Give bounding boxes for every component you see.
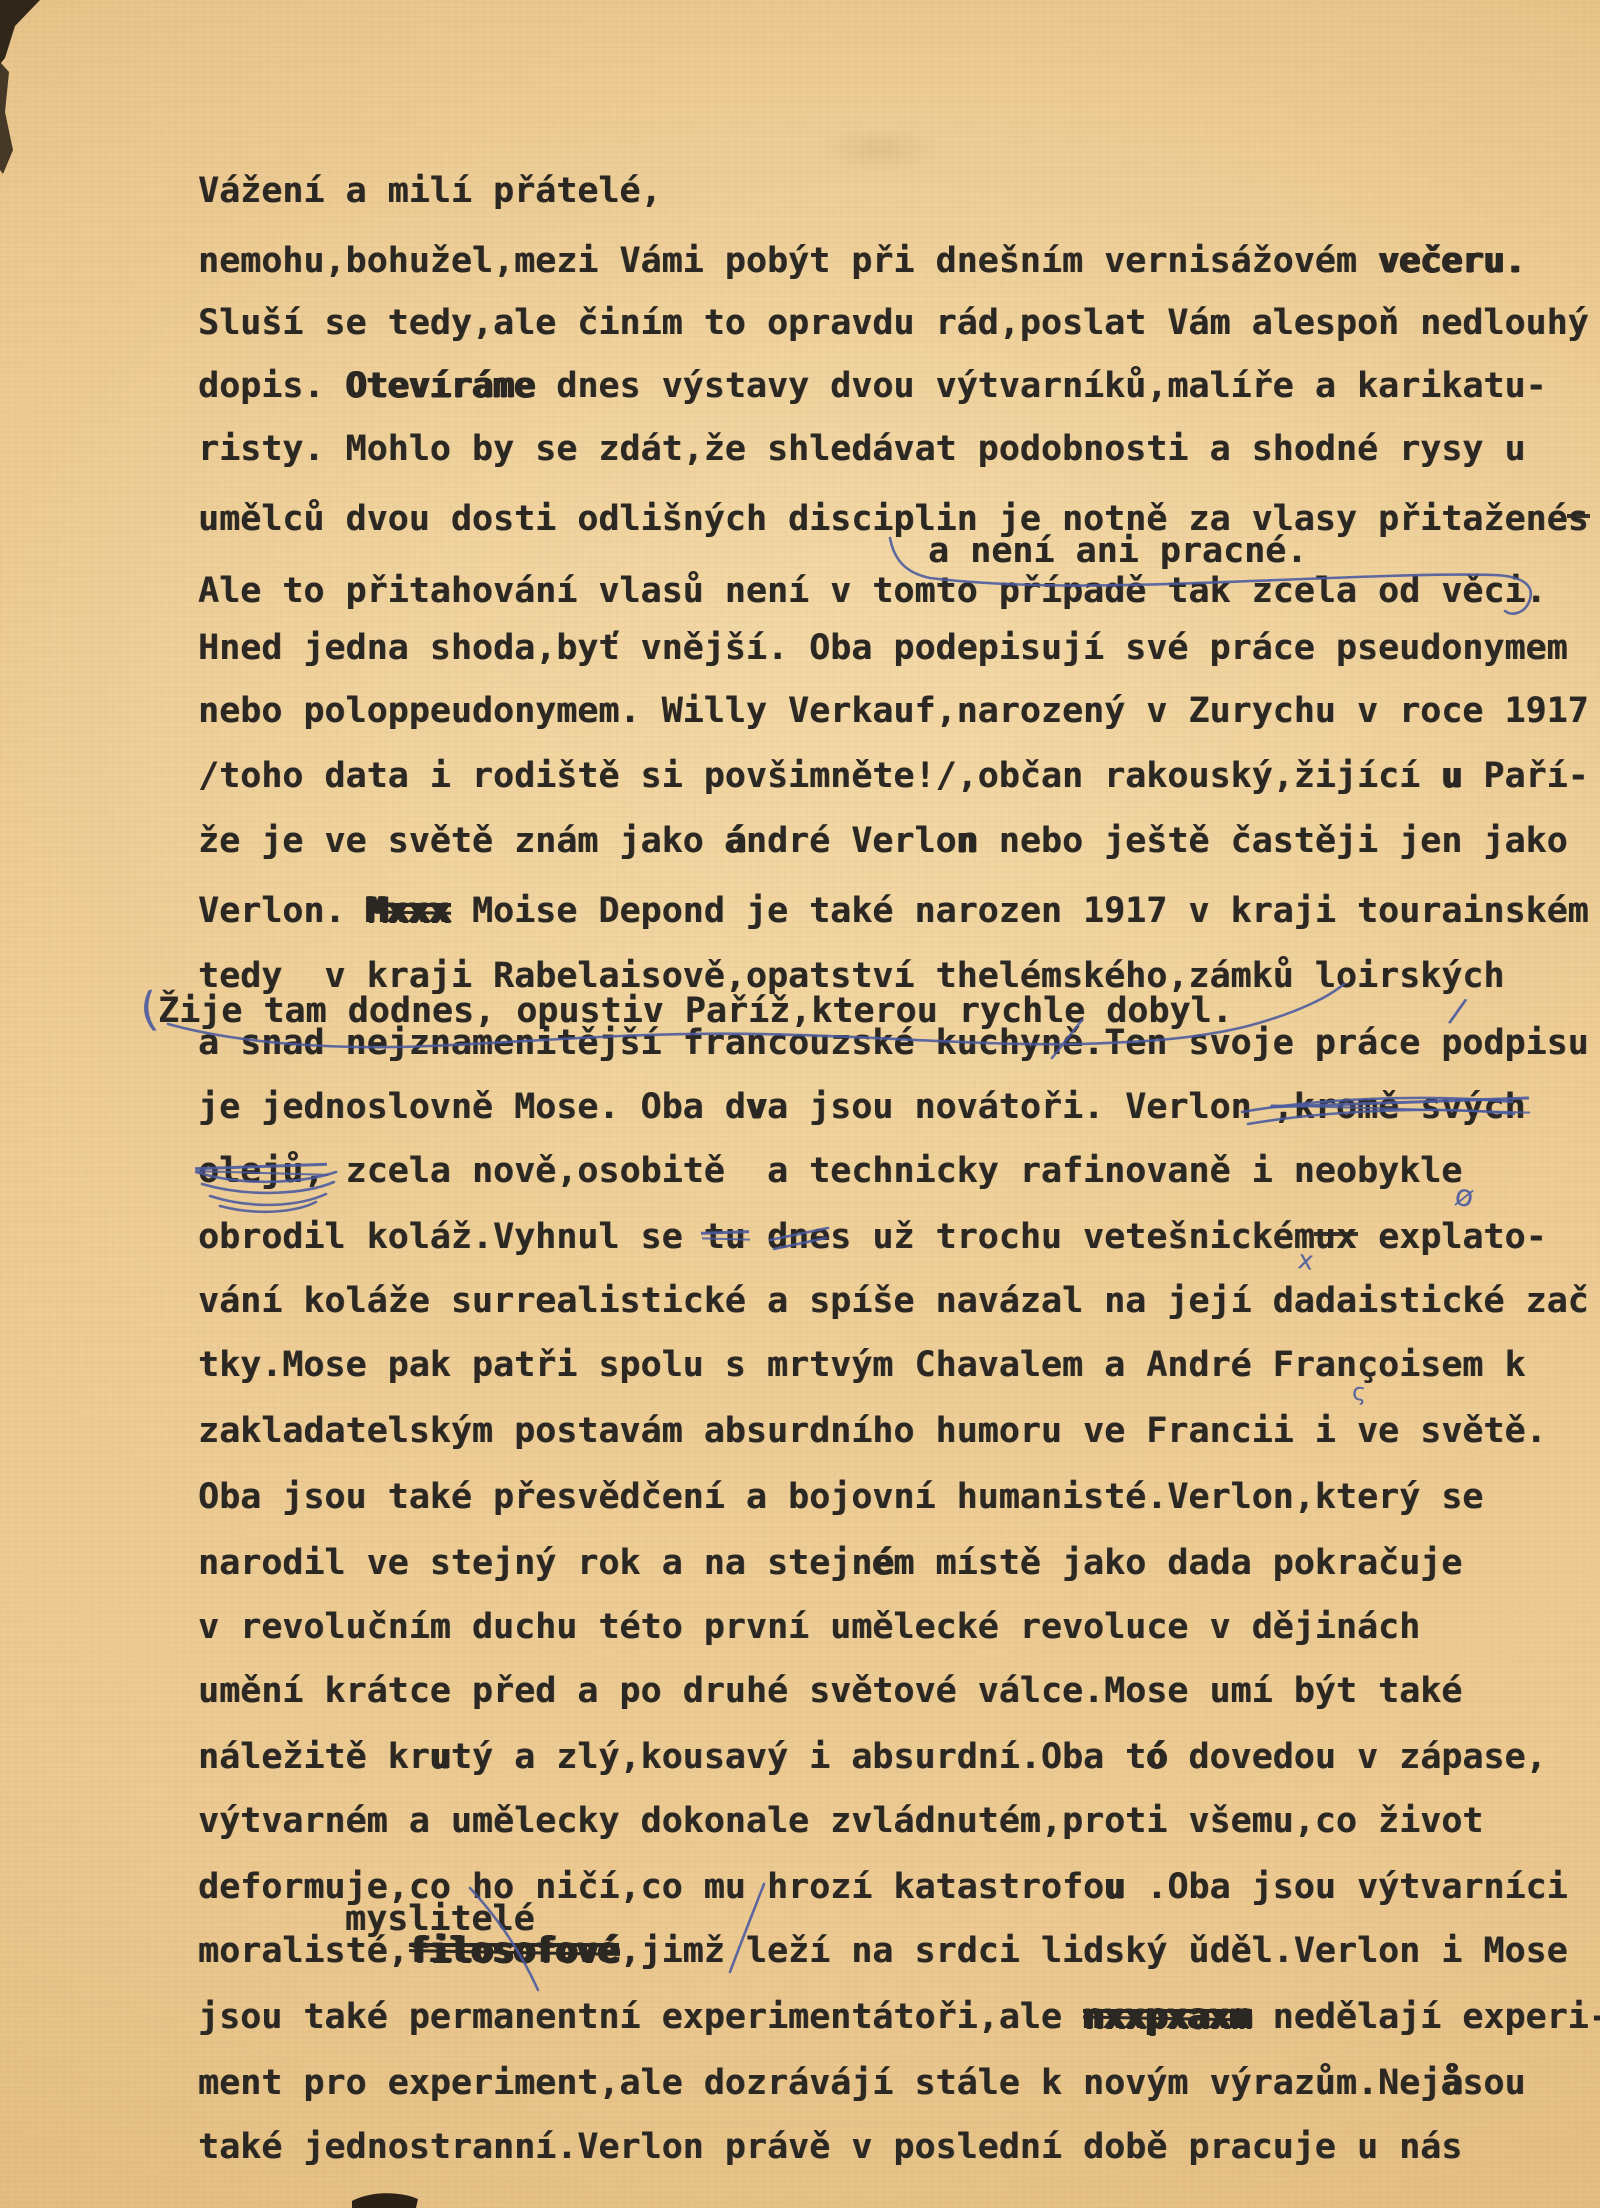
text-line: Oba jsou také přesvědčení a bojovní huma…: [198, 1480, 1483, 1515]
text-line: ment pro experiment,ale dozrávájí stále …: [198, 2066, 1526, 2101]
text-line: Sluší se tedy,ale činím to opravdu rád,p…: [198, 306, 1589, 341]
text-line: nebo poloppeudonymem. Willy Verkauf,naro…: [198, 694, 1589, 729]
text-line: tky.Mose pak patři spolu s mrtvým Chaval…: [198, 1348, 1526, 1383]
text-line: také jednostranní.Verlon právě v posledn…: [198, 2130, 1462, 2165]
text-line: výtvarném a umělecky dokonale zvládnutém…: [198, 1804, 1483, 1839]
handwritten-mark: x: [1296, 1247, 1315, 1275]
scan-edge-bottom-blob: [352, 2193, 418, 2208]
text-line: dopis. Otevíráme dnes výstavy dvou výtva…: [198, 369, 1547, 404]
text-line: olejů, zcela nově,osobitě a technicky ra…: [198, 1154, 1462, 1189]
text-line: umělců dvou dosti odlišných disciplin je…: [198, 502, 1589, 537]
text-line: náležitě krutý a zlý,kousavý i absurdní.…: [198, 1740, 1547, 1775]
text-line: tedy v kraji Rabelaisově,opatství thelém…: [198, 959, 1504, 994]
scan-edge-left-strip: [0, 62, 13, 174]
text-line: risty. Mohlo by se zdát,že shledávat pod…: [198, 432, 1526, 467]
text-line: v revolučním duchu této první umělecké r…: [198, 1610, 1420, 1645]
handwritten-mark: ς: [1352, 1380, 1366, 1404]
text-line: moralisté,filosofové,jimž leží na srdci …: [198, 1934, 1568, 1969]
text-line: je jednoslovně Mose. Oba dva jsou nováto…: [198, 1090, 1526, 1125]
text-line: Hned jedna shoda,byť vnější. Oba podepis…: [198, 631, 1568, 666]
text-line: /toho data i rodiště si povšimněte!/,obč…: [198, 759, 1589, 794]
text-line: Verlon. Mxxx Moise Depond je také naroze…: [198, 894, 1589, 929]
text-line: jsou také permanentní experimentátoři,al…: [198, 2000, 1600, 2035]
text-line: nemohu,bohužel,mezi Vámi pobýt při dnešn…: [198, 244, 1526, 279]
text-line: narodil ve stejný rok a na stejném místě…: [198, 1546, 1462, 1581]
text-line: Ale to přitahování vlasů není v tomto př…: [198, 574, 1547, 609]
scan-edge-top-left: [0, 0, 40, 64]
text-line: zakladatelským postavám absurdního humor…: [198, 1414, 1547, 1449]
text-line: vání koláže surrealistické a spíše naváz…: [198, 1284, 1589, 1319]
text-line: a snad nejznamenitější francouzské kuchy…: [198, 1026, 1589, 1061]
text-line: umění krátce před a po druhé světové vál…: [198, 1674, 1462, 1709]
text-line: obrodil koláž.Vyhnul se tu dnes už troch…: [198, 1220, 1547, 1255]
text-line: a není ani pracné.: [928, 534, 1307, 569]
text-line: Vážení a milí přátelé,: [198, 174, 662, 209]
handwritten-mark: (: [138, 985, 161, 1033]
typewritten-letter-scan: { "document": { "type": "typewritten let…: [0, 0, 1600, 2208]
text-line: že je ve světě znám jako ándré Verlon ne…: [198, 824, 1568, 859]
